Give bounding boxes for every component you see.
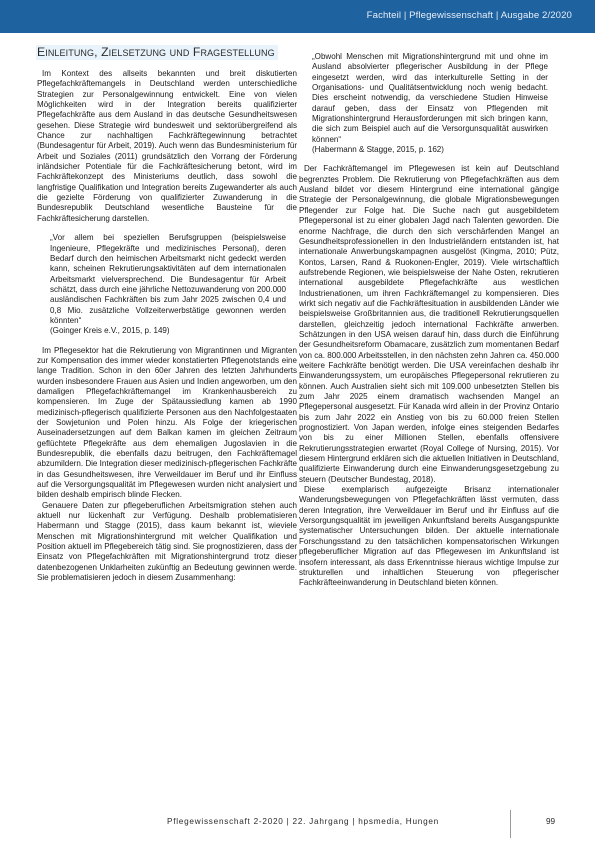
running-head: Fachteil | Pflegewissenschaft | Ausgabe … [367, 10, 572, 21]
footer-divider [510, 810, 511, 838]
paragraph: Im Kontext des allseits bekannten und br… [37, 69, 297, 224]
page-number: 99 [546, 817, 555, 826]
header-bar: Fachteil | Pflegewissenschaft | Ausgabe … [0, 0, 595, 33]
paragraph: Der Fachkräftemangel im Pflegewesen ist … [299, 164, 559, 485]
block-quote: „Obwohl Menschen mit Migrationshintergru… [312, 52, 548, 155]
paragraph: Im Pflegesektor hat die Rekrutierung von… [37, 346, 297, 501]
quote-text: „Vor allem bei speziellen Berufsgruppen … [50, 233, 286, 326]
left-column: Einleitung, Zielsetzung und Fragestellun… [37, 45, 297, 584]
quote-citation: (Habermann & Stagge, 2015, p. 162) [312, 145, 548, 155]
paragraph: Genauere Daten zur pflegeberuflichen Arb… [37, 501, 297, 584]
paragraph: Diese exemplarisch aufgezeigte Brisanz i… [299, 485, 559, 588]
right-column: „Obwohl Menschen mit Migrationshintergru… [299, 52, 559, 589]
block-quote: „Vor allem bei speziellen Berufsgruppen … [50, 233, 286, 336]
page-footer: Pflegewissenschaft 2-2020 | 22. Jahrgang… [0, 817, 595, 837]
quote-text: „Obwohl Menschen mit Migrationshintergru… [312, 52, 548, 145]
section-title: Einleitung, Zielsetzung und Fragestellun… [36, 45, 278, 60]
journal-citation-line: Pflegewissenschaft 2-2020 | 22. Jahrgang… [167, 817, 439, 826]
quote-citation: (Goinger Kreis e.V., 2015, p. 149) [50, 326, 286, 336]
